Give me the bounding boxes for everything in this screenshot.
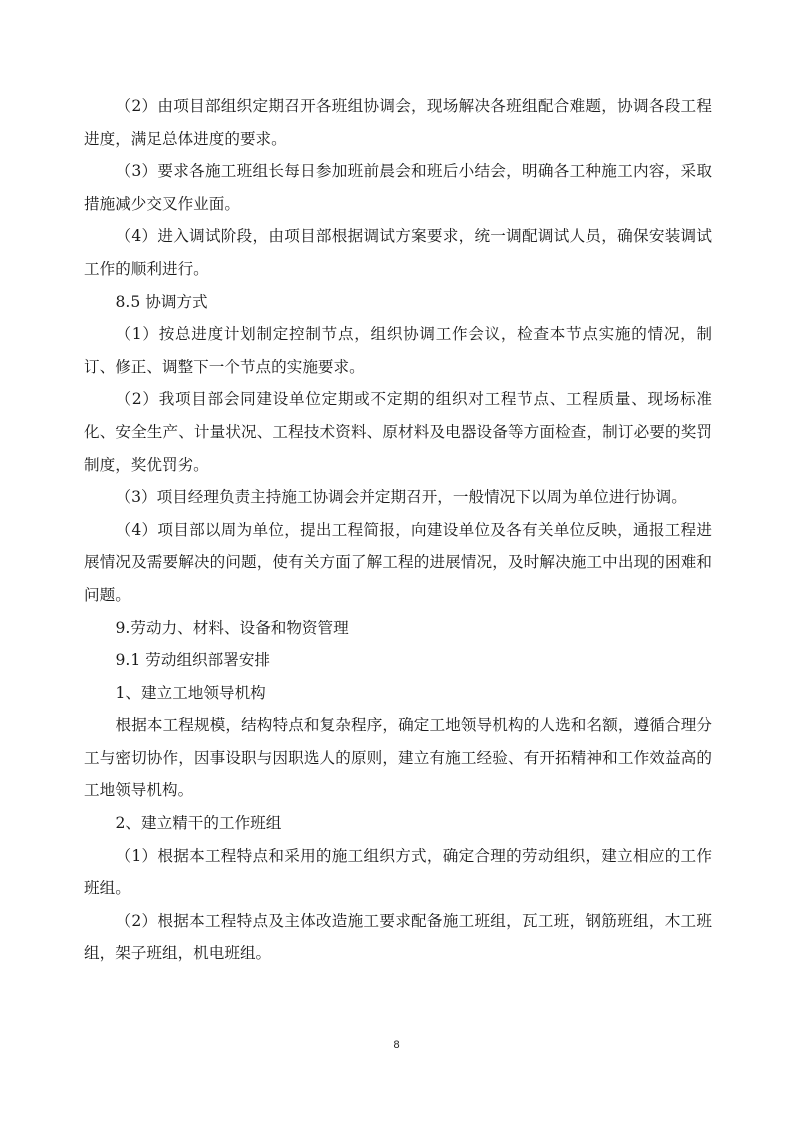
paragraph-control-nodes: （1）按总进度计划制定控制节点，组织协调工作会议，检查本节点实施的情况，制订、修… xyxy=(84,318,712,383)
subheading-leadership: 1、建立工地领导机构 xyxy=(84,677,712,710)
subheading-work-teams: 2、建立精干的工作班组 xyxy=(84,807,712,840)
paragraph-labor-organization: （1）根据本工程特点和采用的施工组织方式，确定合理的劳动组织，建立相应的工作班组… xyxy=(84,840,712,905)
paragraph-weekly-briefing: （4）项目部以周为单位，提出工程简报，向建设单位及各有关单位反映，通报工程进展情… xyxy=(84,514,712,612)
paragraph-project-manager: （3）项目经理负责主持施工协调会并定期召开，一般情况下以周为单位进行协调。 xyxy=(84,481,712,514)
paragraph-commissioning-stage: （4）进入调试阶段，由项目部根据调试方案要求，统一调配调试人员，确保安装调试工作… xyxy=(84,220,712,285)
section-heading-9: 9.劳动力、材料、设备和物资管理 xyxy=(84,612,712,645)
paragraph-leadership-body: 根据本工程规模，结构特点和复杂程序，确定工地领导机构的人选和名额，遵循合理分工与… xyxy=(84,709,712,807)
section-heading-9-1: 9.1 劳动组织部署安排 xyxy=(84,644,712,677)
document-page: （2）由项目部组织定期召开各班组协调会，现场解决各班组配合难题，协调各段工程进度… xyxy=(84,90,712,970)
page-number: 8 xyxy=(0,1039,793,1051)
section-heading-8-5: 8.5 协调方式 xyxy=(84,286,712,319)
paragraph-inspections: （2）我项目部会同建设单位定期或不定期的组织对工程节点、工程质量、现场标准化、安… xyxy=(84,383,712,481)
paragraph-daily-meetings: （3）要求各施工班组长每日参加班前晨会和班后小结会，明确各工种施工内容，采取措施… xyxy=(84,155,712,220)
paragraph-team-allocation: （2）根据本工程特点及主体改造施工要求配备施工班组，瓦工班，钢筋班组，木工班组，… xyxy=(84,905,712,970)
paragraph-coordination-meeting: （2）由项目部组织定期召开各班组协调会，现场解决各班组配合难题，协调各段工程进度… xyxy=(84,90,712,155)
